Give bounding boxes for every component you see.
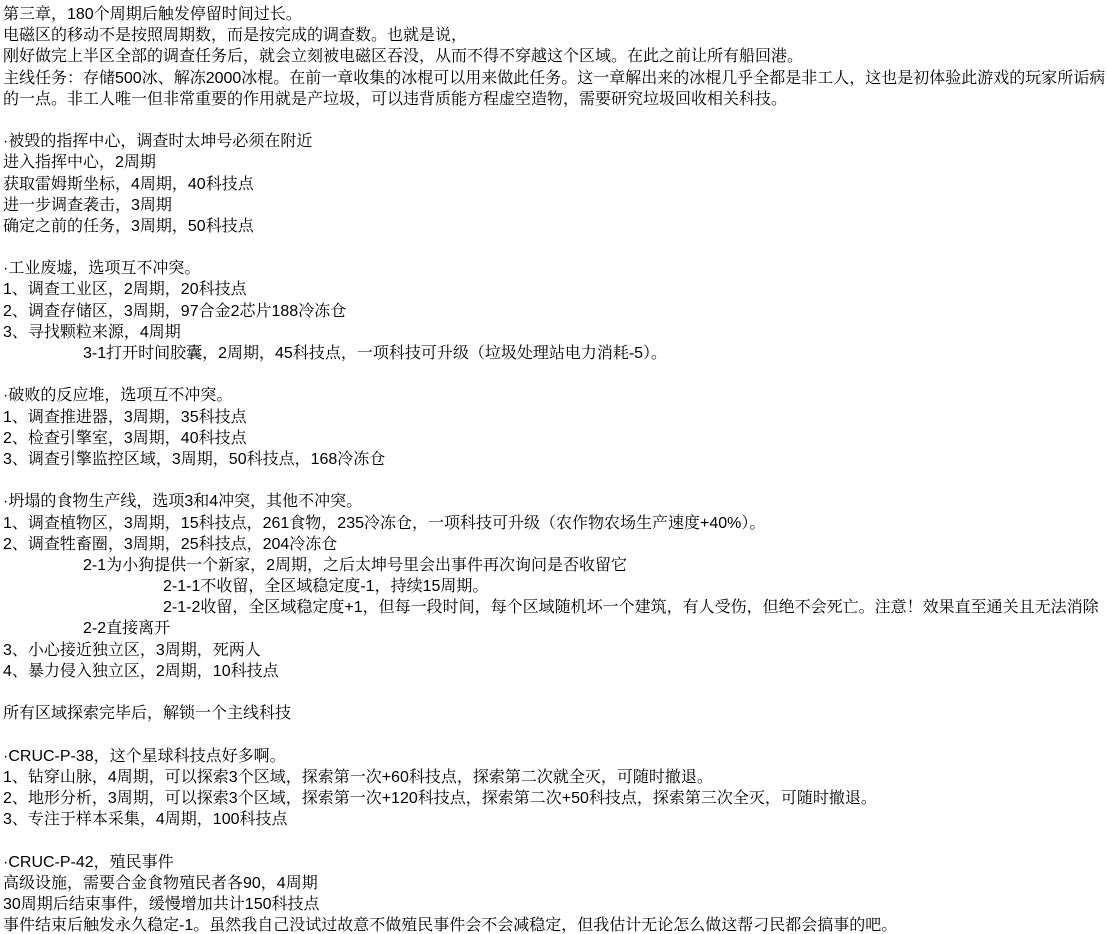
text-line: ·CRUC-P-38，这个星球科技点好多啊。: [3, 746, 1107, 767]
text-line: 获取雷姆斯坐标，4周期，40科技点: [3, 174, 1107, 195]
text-line: ·工业废墟，选项互不冲突。: [3, 258, 1107, 279]
text-line: ·被毁的指挥中心，调查时太坤号必须在附近: [3, 131, 1107, 152]
text-line: 30周期后结束事件，缓慢增加共计150科技点: [3, 894, 1107, 915]
blank-line: [3, 470, 1107, 491]
text-line: 进一步调查袭击，3周期: [3, 195, 1107, 216]
text-line: 1、调查植物区，3周期，15科技点，261食物，235冷冻仓，一项科技可升级（农…: [3, 513, 1107, 534]
text-line: 4、暴力侵入独立区，2周期，10科技点: [3, 661, 1107, 682]
text-line: 进入指挥中心，2周期: [3, 152, 1107, 173]
text-line: ·坍塌的食物生产线，选项3和4冲突，其他不冲突。: [3, 491, 1107, 512]
text-line: 高级设施，需要合金食物殖民者各90，4周期: [3, 873, 1107, 894]
text-line: 第三章，180个周期后触发停留时间过长。: [3, 4, 1107, 25]
blank-line: [3, 364, 1107, 385]
text-line: 2-1为小狗提供一个新家，2周期，之后太坤号里会出事件再次询问是否收留它: [3, 555, 1107, 576]
text-line: 确定之前的任务，3周期，50科技点: [3, 216, 1107, 237]
text-line: 所有区域探索完毕后，解锁一个主线科技: [3, 703, 1107, 724]
text-line: 刚好做完上半区全部的调查任务后，就会立刻被电磁区吞没，从而不得不穿越这个区域。在…: [3, 46, 1107, 67]
text-line: 1、钻穿山脉，4周期，可以探索3个区域，探索第一次+60科技点，探索第二次就全灭…: [3, 767, 1107, 788]
text-line: 2-1-2收留，全区域稳定度+1，但每一段时间，每个区域随机坏一个建筑，有人受伤…: [3, 597, 1107, 618]
text-line: 3-1打开时间胶囊，2周期，45科技点，一项科技可升级（垃圾处理站电力消耗-5）…: [3, 343, 1107, 364]
text-line: 事件结束后触发永久稳定-1。虽然我自己没试过故意不做殖民事件会不会减稳定，但我估…: [3, 915, 1107, 934]
text-line: 2、检查引擎室，3周期，40科技点: [3, 428, 1107, 449]
blank-line: [3, 830, 1107, 851]
text-line: 3、小心接近独立区，3周期，死两人: [3, 640, 1107, 661]
blank-line: [3, 682, 1107, 703]
text-line: 2-1-1不收留，全区域稳定度-1，持续15周期。: [3, 576, 1107, 597]
text-line: 主线任务：存储500冰、解冻2000冰棍。在前一章收集的冰棍可以用来做此任务。这…: [3, 68, 1107, 89]
text-line: 3、专注于样本采集，4周期，100科技点: [3, 809, 1107, 830]
text-line: 1、调查工业区，2周期，20科技点: [3, 279, 1107, 300]
text-line: 3、寻找颗粒来源，4周期: [3, 322, 1107, 343]
text-line: 电磁区的移动不是按照周期数，而是按完成的调查数。也就是说，: [3, 25, 1107, 46]
text-line: 2、调查牲畜圈，3周期，25科技点，204冷冻仓: [3, 534, 1107, 555]
text-line: 2、调查存储区，3周期，97合金2芯片188冷冻仓: [3, 301, 1107, 322]
text-line: 3、调查引擎监控区域，3周期，50科技点，168冷冻仓: [3, 449, 1107, 470]
text-line: 2-2直接离开: [3, 618, 1107, 639]
text-line: ·CRUC-P-42，殖民事件: [3, 852, 1107, 873]
blank-line: [3, 237, 1107, 258]
text-line: 的一点。非工人唯一但非常重要的作用就是产垃圾，可以违背质能方程虚空造物，需要研究…: [3, 89, 1107, 110]
walkthrough-document: 第三章，180个周期后触发停留时间过长。电磁区的移动不是按照周期数，而是按完成的…: [0, 0, 1107, 934]
text-line: 2、地形分析，3周期，可以探索3个区域，探索第一次+120科技点，探索第二次+5…: [3, 788, 1107, 809]
blank-line: [3, 724, 1107, 745]
text-line: ·破败的反应堆，选项互不冲突。: [3, 385, 1107, 406]
text-line: 1、调查推进器，3周期，35科技点: [3, 407, 1107, 428]
blank-line: [3, 110, 1107, 131]
